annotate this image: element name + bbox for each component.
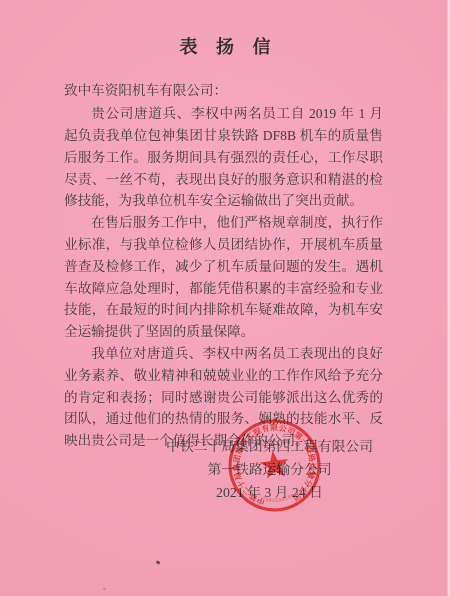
letter-body: 致中车资阳机车有限公司： 贵公司唐道兵、李权中两名员工自 2019 年 1 月起… (64, 80, 383, 452)
paper-speck-faint (103, 588, 106, 590)
company-seal-stamp: 中铁二十局集团第四工程有限公司第一铁路运输分公司 1082100190 (220, 411, 328, 519)
seal-star-icon (258, 449, 290, 480)
letter-salutation: 致中车资阳机车有限公司： (64, 80, 383, 102)
scanned-letter-page: 表 扬 信 致中车资阳机车有限公司： 贵公司唐道兵、李权中两名员工自 2019 … (0, 0, 450, 596)
paper-speck (156, 560, 161, 564)
letter-paragraph-2: 在售后服务工作中，他们严格规章制度，执行作业标准，与我单位检修人员团结协作，开展… (64, 212, 383, 343)
seal-serial-number: 1082100190 (261, 492, 295, 505)
letter-title: 表 扬 信 (0, 33, 450, 59)
letter-paragraph-1: 贵公司唐道兵、李权中两名员工自 2019 年 1 月起负责我单位包神集团甘泉铁路… (64, 103, 383, 212)
